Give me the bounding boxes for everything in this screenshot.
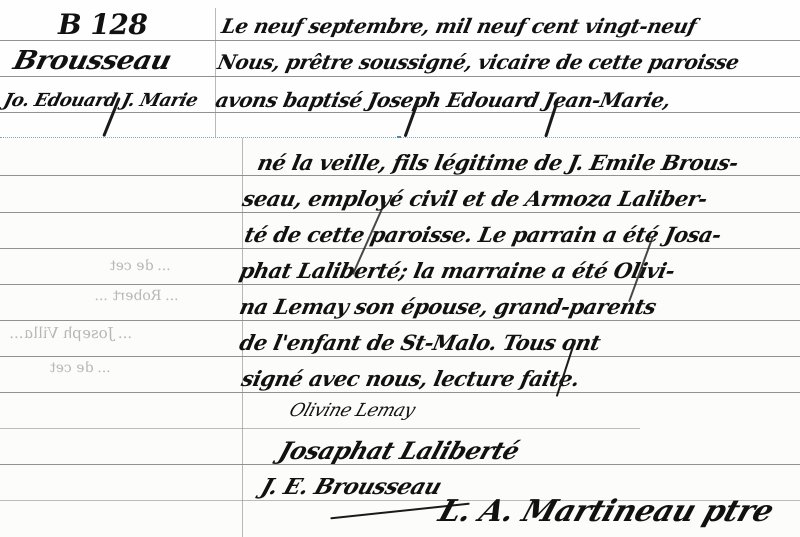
ruled-line	[0, 175, 800, 176]
ruled-line	[0, 428, 640, 429]
signature-father: J. E. Brousseau	[258, 474, 445, 500]
entry-line-3: avons baptisé Joseph Edouard Jean-Marie,	[213, 88, 672, 112]
bleed-through-text: ... Joseph Villa...	[8, 324, 134, 342]
entry-line-7: phat Laliberté; la marraine a été Olivi-	[237, 258, 677, 283]
entry-line-9: de l'enfant de St-Malo. Tous ont	[237, 330, 602, 355]
signature-priest: L. A. Martineau ptre	[434, 494, 778, 529]
ruled-line	[0, 392, 800, 393]
bleed-through-text: ... de cet	[109, 258, 173, 274]
register-page: B 128 Brousseau Jo. Edouard J. Marie Le …	[0, 0, 800, 537]
signature-godmother: Olivine Lemay	[287, 400, 418, 421]
bleed-through-text: ... de cet	[49, 360, 113, 376]
entry-code: B 128	[58, 8, 147, 41]
ruled-line	[0, 212, 800, 213]
top-strip: B 128 Brousseau Jo. Edouard J. Marie Le …	[0, 0, 800, 137]
entry-line-4: né la veille, fils légitime de J. Emile …	[255, 150, 740, 175]
entry-line-1: Le neuf septembre, mil neuf cent vingt-n…	[219, 14, 698, 38]
margin-given-names: Jo. Edouard J. Marie	[1, 90, 199, 111]
margin-surname: Brousseau	[10, 46, 174, 76]
signature-godfather: Josaphat Laliberté	[275, 436, 523, 465]
entry-line-8: na Lemay son épouse, grand-parents	[237, 294, 658, 319]
entry-line-10: signé avec nous, lecture faite.	[239, 366, 581, 391]
entry-line-5: seau, employé civil et de Armoza Laliber…	[240, 186, 709, 211]
ruled-line	[0, 112, 800, 113]
ruled-line	[0, 76, 800, 77]
ruled-line	[0, 284, 800, 285]
entry-line-2: Nous, prêtre soussigné, vicaire de cette…	[215, 50, 741, 74]
bleed-through-text: ... Robert ...	[94, 288, 181, 304]
ruled-line	[0, 248, 800, 249]
ruled-line	[0, 356, 800, 357]
bottom-strip: ... de cet ... Robert ... ... Joseph Vil…	[0, 138, 800, 537]
ruled-line	[0, 320, 800, 321]
